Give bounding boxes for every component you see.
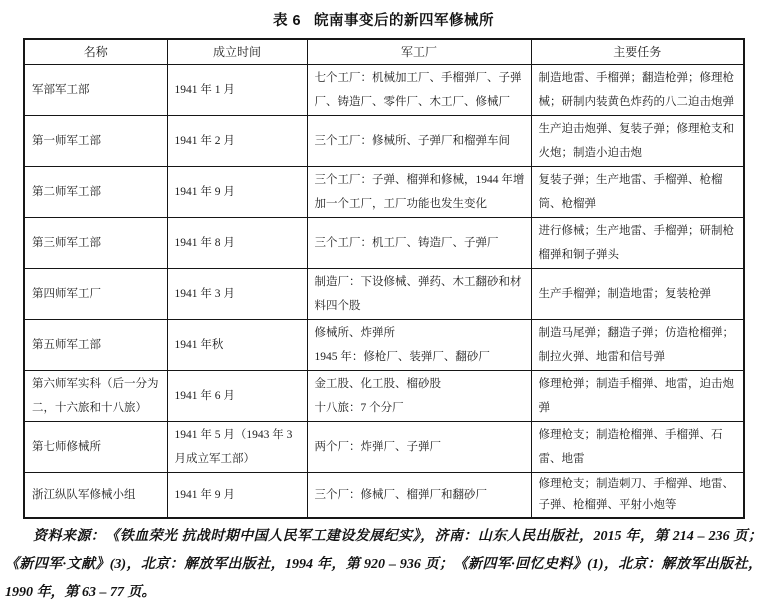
cell-founded: 1941 年 8 月 [167,218,307,269]
cell-tasks: 修理枪支；制造刺刀、手榴弹、地雷、子弹、枪榴弹、平射小炮等 [531,473,744,519]
cell-tasks: 复装子弹；生产地雷、手榴弹、枪榴筒、枪榴弹 [531,167,744,218]
cell-tasks: 制造马尾弹；翻造子弹；仿造枪榴弹；制拉火弹、地雷和信号弹 [531,320,744,371]
table-body: 军部军工部 1941 年 1 月 七个工厂：机械加工厂、手榴弹厂、子弹厂、铸造厂… [24,65,744,519]
cell-factories: 三个工厂：子弹、榴弹和修械，1944 年增加一个工厂，工厂功能也发生变化 [307,167,531,218]
table-row: 第四师军工厂 1941 年 3 月 制造厂：下设修械、弹药、木工翻砂和材料四个股… [24,269,744,320]
cell-tasks: 进行修械；生产地雷、手榴弹；研制枪榴弹和铜子弹头 [531,218,744,269]
cell-founded: 1941 年 2 月 [167,116,307,167]
cell-factories: 三个工厂：修械所、子弹厂和榴弹车间 [307,116,531,167]
cell-name: 第六师军实科（后一分为二，十六旅和十八旅） [24,371,167,422]
cell-name: 第五师军工部 [24,320,167,371]
table-row: 第五师军工部 1941 年秋 修械所、炸弹所 1945 年：修枪厂、装弹厂、翻砂… [24,320,744,371]
column-header-tasks: 主要任务 [531,39,744,65]
column-header-founded: 成立时间 [167,39,307,65]
cell-name: 军部军工部 [24,65,167,116]
header-row: 名称 成立时间 军工厂 主要任务 [24,39,744,65]
table-title-text: 皖南事变后的新四军修械所 [314,13,494,29]
cell-name: 第七师修械所 [24,422,167,473]
cell-founded: 1941 年 9 月 [167,167,307,218]
cell-factories: 三个工厂：机工厂、铸造厂、子弹厂 [307,218,531,269]
cell-factories: 两个厂：炸弹厂、子弹厂 [307,422,531,473]
table-number-label: 表 6 [273,13,301,29]
cell-factories: 三个厂：修械厂、榴弹厂和翻砂厂 [307,473,531,519]
table-row: 军部军工部 1941 年 1 月 七个工厂：机械加工厂、手榴弹厂、子弹厂、铸造厂… [24,65,744,116]
table-row: 第七师修械所 1941 年 5 月（1943 年 3 月成立军工部） 两个厂：炸… [24,422,744,473]
column-header-factories: 军工厂 [307,39,531,65]
cell-founded: 1941 年 1 月 [167,65,307,116]
table-row: 浙江纵队军修械小组 1941 年 9 月 三个厂：修械厂、榴弹厂和翻砂厂 修理枪… [24,473,744,519]
table-row: 第二师军工部 1941 年 9 月 三个工厂：子弹、榴弹和修械，1944 年增加… [24,167,744,218]
cell-name: 第一师军工部 [24,116,167,167]
cell-founded: 1941 年 6 月 [167,371,307,422]
cell-name: 第四师军工厂 [24,269,167,320]
cell-factories: 修械所、炸弹所 1945 年：修枪厂、装弹厂、翻砂厂 [307,320,531,371]
table-title: 表 6皖南事变后的新四军修械所 [0,0,767,30]
cell-tasks: 制造地雷、手榴弹；翻造枪弹；修理枪械；研制内装黄色炸药的八二迫击炮弹 [531,65,744,116]
table-row: 第三师军工部 1941 年 8 月 三个工厂：机工厂、铸造厂、子弹厂 进行修械；… [24,218,744,269]
cell-founded: 1941 年 3 月 [167,269,307,320]
source-note: 资料来源：《铁血荣光 抗战时期中国人民军工建设发展纪实》，济南：山东人民出版社，… [5,523,762,601]
cell-name: 第三师军工部 [24,218,167,269]
arsenal-table: 名称 成立时间 军工厂 主要任务 军部军工部 1941 年 1 月 七个工厂：机… [23,38,745,519]
cell-factories: 金工股、化工股、榴砂股 十八旅：7 个分厂 [307,371,531,422]
cell-tasks: 生产迫击炮弹、复装子弹；修理枪支和火炮；制造小迫击炮 [531,116,744,167]
table-row: 第六师军实科（后一分为二，十六旅和十八旅） 1941 年 6 月 金工股、化工股… [24,371,744,422]
document-page: 表 6皖南事变后的新四军修械所 名称 成立时间 军工厂 主要任务 军部军工部 1… [0,0,767,601]
cell-tasks: 修理枪支；制造枪榴弹、手榴弹、石雷、地雷 [531,422,744,473]
cell-name: 浙江纵队军修械小组 [24,473,167,519]
table-row: 第一师军工部 1941 年 2 月 三个工厂：修械所、子弹厂和榴弹车间 生产迫击… [24,116,744,167]
cell-founded: 1941 年 9 月 [167,473,307,519]
cell-founded: 1941 年 5 月（1943 年 3 月成立军工部） [167,422,307,473]
cell-factories: 制造厂：下设修械、弹药、木工翻砂和材料四个股 [307,269,531,320]
table-header: 名称 成立时间 军工厂 主要任务 [24,39,744,65]
cell-founded: 1941 年秋 [167,320,307,371]
cell-tasks: 修理枪弹；制造手榴弹、地雷，迫击炮弹 [531,371,744,422]
column-header-name: 名称 [24,39,167,65]
cell-tasks: 生产手榴弹；制造地雷；复装枪弹 [531,269,744,320]
cell-factories: 七个工厂：机械加工厂、手榴弹厂、子弹厂、铸造厂、零件厂、木工厂、修械厂 [307,65,531,116]
cell-name: 第二师军工部 [24,167,167,218]
